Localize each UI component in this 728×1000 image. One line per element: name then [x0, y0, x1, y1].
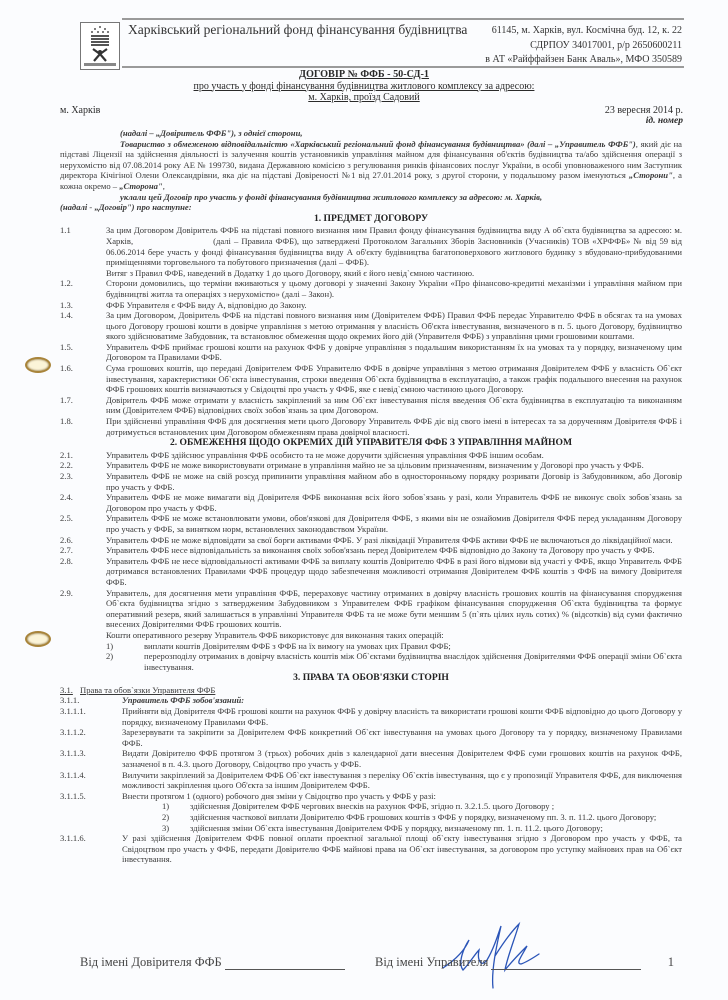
contract-page: Харківський регіональний фонд фінансуван…: [0, 0, 728, 1000]
clause-1-8: 1.8.При здійсненні управління ФФБ для до…: [60, 416, 682, 437]
bank-line: в АТ «Райффайзен Банк Аваль», МФО 350589: [485, 53, 682, 68]
contract-subtitle: про участь у фонді фінансування будівниц…: [0, 81, 728, 93]
clause-1-5: 1.5.Управитель ФФБ приймає грошові кошти…: [60, 342, 682, 363]
reserve-intro: Кошти оперативного резерву Управитель ФФ…: [60, 630, 682, 641]
contract-body: (надалі – „Довіритель ФФБ"), з однієї ст…: [60, 128, 682, 865]
org-name: Харківський регіональний фонд фінансуван…: [128, 22, 467, 38]
clause-1-3: 1.3.ФФБ Управителя є ФФБ виду А, відпові…: [60, 300, 682, 311]
address-line: 61145, м. Харків, вул. Космічна буд. 12,…: [485, 24, 682, 39]
clause-2-2: 2.2.Управитель ФФБ не може використовува…: [60, 460, 682, 471]
page-number: 1: [668, 955, 674, 970]
contract-date: 23 вересня 2014 р.: [605, 105, 683, 116]
reserve-item-1: 1)виплати коштів Довірителям ФФБ з ФФБ н…: [60, 641, 682, 652]
clause-2-6: 2.6.Управитель ФФБ не може відповідати з…: [60, 535, 682, 546]
hole-punch-mark: [25, 631, 51, 647]
clause-1-1: 1.1 За цим Договором Довіритель ФФБ на п…: [60, 225, 682, 267]
clause-3-1-1-6: 3.1.1.6.У разі здійснення Довірителем ФФ…: [60, 833, 682, 865]
header-top-rule: [122, 18, 684, 20]
clause-2-1: 2.1.Управитель ФФБ здійснює управління Ф…: [60, 450, 682, 461]
contract-title: ДОГОВІР № ФФБ - 50-СД-1: [0, 69, 728, 81]
registration-line: СДРПОУ 34017001, р/р 2650600211: [485, 39, 682, 54]
fund-logo-icon: [80, 22, 120, 70]
manager-signature-field: Від імені Управителя: [375, 955, 641, 970]
hole-punch-mark: [25, 357, 51, 373]
clause-3-1-1-1: 3.1.1.1.Прийняти від Довірителя ФФБ грош…: [60, 706, 682, 727]
manager-signature-line: [491, 957, 641, 970]
clause-3-1-1-5: 3.1.1.5.Внести протягом 1 (одного) робоч…: [60, 791, 682, 802]
change-item-1: 1)здійснення Довірителем ФФБ чергових вн…: [60, 801, 682, 812]
manager-label: Від імені Управителя: [375, 955, 488, 969]
clause-2-3: 2.3.Управитель ФФБ не може на свій розсу…: [60, 471, 682, 492]
clause-2-9: 2.9.Управитель, для досягнення мети упра…: [60, 588, 682, 630]
contract-place: м. Харків: [60, 105, 100, 116]
clause-1-6: 1.6.Сума грошових коштів, що передані До…: [60, 363, 682, 395]
change-item-2: 2)здійснення часткової виплати Довірител…: [60, 812, 682, 823]
intro-trustor: (надалі – „Довіритель ФФБ"), з однієї ст…: [60, 128, 682, 139]
trustor-signature-field: Від імені Довірителя ФФБ: [80, 955, 345, 970]
intro-agreement: уклали цей Договір про участь у фонді фі…: [60, 192, 682, 203]
contract-address: м. Харків, проїзд Садовий: [0, 92, 728, 104]
clause-3-1: 3.1.Права та обов`язки Управителя ФФБ: [60, 685, 682, 696]
clause-3-1-1-3: 3.1.1.3.Видати Довірителю ФФБ протягом 3…: [60, 748, 682, 769]
org-address: 61145, м. Харків, вул. Космічна буд. 12,…: [485, 24, 682, 68]
trustor-label: Від імені Довірителя ФФБ: [80, 955, 222, 969]
section-2-title: 2. ОБМЕЖЕННЯ ЩОДО ОКРЕМИХ ДІЙ УПРАВИТЕЛЯ…: [60, 438, 682, 449]
id-number-label: ід. номер: [605, 116, 683, 127]
contract-title-block: ДОГОВІР № ФФБ - 50-СД-1 про участь у фон…: [0, 69, 728, 104]
clause-3-1-1: 3.1.1.Управитель ФФБ зобов'язаний:: [60, 695, 682, 706]
intro-manager: Товариство з обмеженою відповідальністю …: [60, 139, 682, 192]
clause-2-8: 2.8.Управитель ФФБ не несе відповідально…: [60, 556, 682, 588]
clause-1-4: 1.4.За цим Договором, Довіритель ФФБ на …: [60, 310, 682, 342]
intro-agreement-cont: (надалі - „Договір") про наступне:: [60, 202, 682, 213]
clause-2-7: 2.7.Управитель ФФБ несе відповідальність…: [60, 545, 682, 556]
trustor-signature-line: [225, 957, 345, 970]
section-1-title: 1. ПРЕДМЕТ ДОГОВОРУ: [60, 214, 682, 225]
clause-1-2: 1.2.Сторони домовились, що терміни вжива…: [60, 278, 682, 299]
section-3-title: 3. ПРАВА ТА ОБОВ'ЯЗКИ СТОРІН: [60, 673, 682, 684]
clause-2-5: 2.5.Управитель ФФБ не може встановлювати…: [60, 513, 682, 534]
change-item-3: 3)здійснення зміни Об`єкта інвестування …: [60, 823, 682, 834]
clause-3-1-1-4: 3.1.1.4.Вилучити закріплений за Довірите…: [60, 770, 682, 791]
reserve-item-2: 2)перерозподілу отриманих в довірчу влас…: [60, 651, 682, 672]
contract-date-block: 23 вересня 2014 р. ід. номер: [605, 105, 683, 127]
clause-1-7: 1.7.Довіритель ФФБ може отримати у власн…: [60, 395, 682, 416]
clause-2-4: 2.4.Управитель ФФБ не може вимагати від …: [60, 492, 682, 513]
clause-1-1-note: Витяг з Правил ФФБ, наведений в Додатку …: [60, 268, 682, 279]
clause-3-1-1-2: 3.1.1.2.Зарезервувати та закріпити за До…: [60, 727, 682, 748]
